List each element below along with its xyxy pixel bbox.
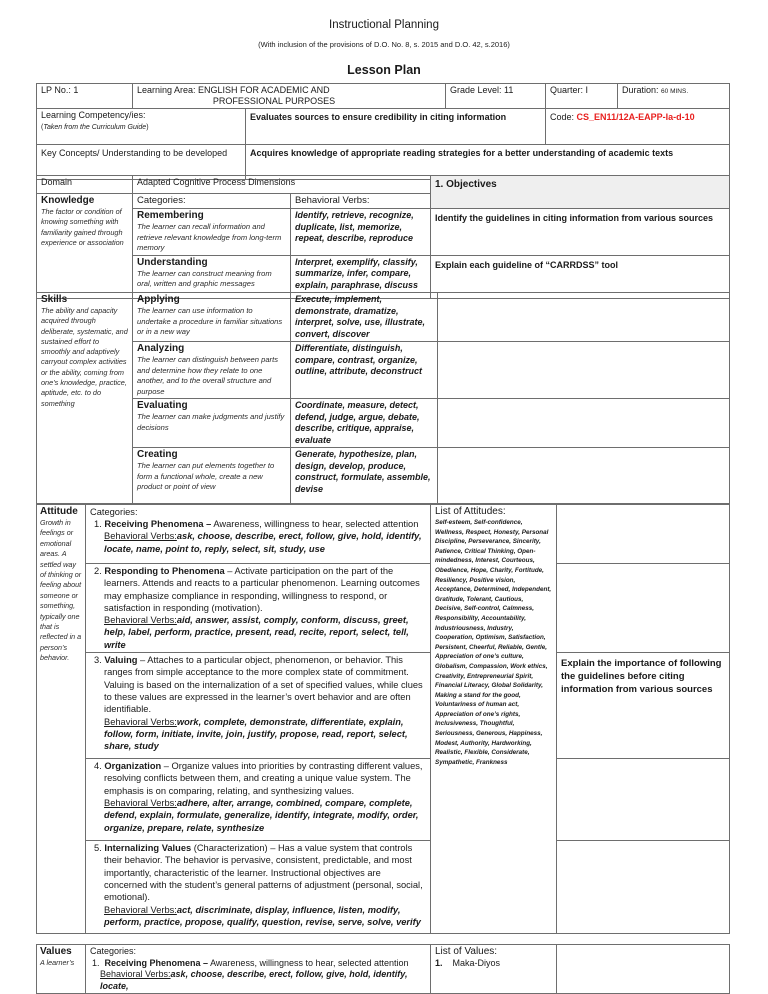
attitude-desc: Growth in feelings or emotional areas. A…	[40, 518, 82, 664]
verbs-remembering: Identify, retrieve, recognize, duplicate…	[291, 209, 431, 256]
attitude-title: Attitude	[40, 506, 82, 518]
objective-creating	[438, 448, 730, 504]
document-title: Instructional Planning	[0, 19, 768, 31]
verbs-applying: Execute, implement, demonstrate, dramati…	[291, 293, 438, 342]
attitude-list-label: List of Attitudes:	[435, 506, 552, 518]
skills-desc: The ability and capacity acquired throug…	[41, 306, 128, 409]
learning-area: Learning Area: ENGLISH FOR ACADEMIC AND …	[133, 84, 446, 109]
attitude-item-2: 2. Responding to Phenomena – Activate pa…	[86, 564, 431, 653]
attitude-domain: Attitude Growth in feelings or emotional…	[37, 505, 86, 934]
competency-text: Evaluates sources to ensure credibility …	[246, 109, 546, 145]
competency-note: (Taken from the Curriculum Guide)	[41, 122, 241, 134]
competency-code-value: CS_EN11/12A-EAPP-Ia-d-10	[577, 112, 695, 122]
attitude-objective-1	[557, 505, 730, 564]
skills-title: Skills	[41, 294, 128, 306]
values-list-label: List of Values:	[435, 946, 552, 958]
attitude-objective-2	[557, 564, 730, 653]
categories-header: Categories:	[133, 194, 291, 209]
duration-value: 60 MINS.	[661, 88, 688, 95]
lesson-plan-header-table: LP No.: 1 Learning Area: ENGLISH FOR ACA…	[36, 83, 730, 180]
values-table: Values A learner’s Categories: 1. Receiv…	[36, 944, 730, 994]
skills-domain: Skills The ability and capacity acquired…	[37, 293, 133, 504]
competency-label-cell: Learning Competency/ies: (Taken from the…	[37, 109, 246, 145]
attitude-item-5: 5. Internalizing Values (Characterizatio…	[86, 841, 431, 934]
attitude-item-4: 4. Organization – Organize values into p…	[86, 759, 431, 841]
attitude-list: Self-esteem, Self-confidence, Wellness, …	[435, 518, 552, 767]
duration: Duration: 60 MINS.	[618, 84, 730, 109]
values-list-cell: List of Values: 1. Maka-Diyos	[431, 945, 557, 994]
attitude-list-cell: List of Attitudes: Self-esteem, Self-con…	[431, 505, 557, 934]
values-desc: A learner’s	[40, 958, 82, 968]
verbs-header: Behavioral Verbs:	[291, 194, 431, 209]
attitude-objective-4	[557, 759, 730, 841]
document-subtitle: (With inclusion of the provisions of D.O…	[0, 40, 768, 49]
category-creating: Creating The learner can put elements to…	[133, 448, 291, 504]
learning-area-line2: PROFESSIONAL PURPOSES	[137, 96, 441, 107]
learning-area-line1: Learning Area: ENGLISH FOR ACADEMIC AND	[137, 85, 441, 96]
values-categories-label: Categories:	[90, 946, 426, 958]
knowledge-domain: Knowledge The factor or condition of kno…	[37, 194, 133, 299]
attitude-categories-label: Categories:	[90, 506, 426, 518]
knowledge-desc: The factor or condition of knowing somet…	[41, 207, 128, 248]
verbs-creating: Generate, hypothesize, plan, design, dev…	[291, 448, 438, 504]
competency-code: Code: CS_EN11/12A-EAPP-Ia-d-10	[546, 109, 730, 145]
values-objective	[557, 945, 730, 994]
duration-label: Duration:	[622, 85, 661, 95]
attitude-item-1: Categories: 1. Receiving Phenomena – Awa…	[86, 505, 431, 564]
dimensions-header: Adapted Cognitive Process Dimensions	[133, 176, 431, 194]
verbs-analyzing: Differentiate, distinguish, compare, con…	[291, 342, 438, 399]
objective-applying	[438, 293, 730, 342]
quarter: Quarter: I	[546, 84, 618, 109]
values-list-item: 1. Maka-Diyos	[435, 958, 552, 970]
grade-level: Grade Level: 11	[446, 84, 546, 109]
values-title: Values	[40, 946, 82, 958]
category-evaluating: Evaluating The learner can make judgment…	[133, 399, 291, 448]
objective-analyzing	[438, 342, 730, 399]
attitude-table: Attitude Growth in feelings or emotional…	[36, 504, 730, 934]
lp-number: LP No.: 1	[37, 84, 133, 109]
category-remembering: Remembering The learner can recall infor…	[133, 209, 291, 256]
skills-table: Skills The ability and capacity acquired…	[36, 292, 730, 504]
values-domain: Values A learner’s	[37, 945, 86, 994]
verbs-evaluating: Coordinate, measure, detect, defend, jud…	[291, 399, 438, 448]
values-categories: Categories: 1. Receiving Phenomena – Awa…	[86, 945, 431, 994]
knowledge-table: Domain Adapted Cognitive Process Dimensi…	[36, 175, 730, 299]
attitude-objective-3: Explain the importance of following the …	[557, 653, 730, 759]
objective-remembering: Identify the guidelines in citing inform…	[431, 209, 730, 256]
lesson-plan-heading: Lesson Plan	[0, 63, 768, 77]
category-applying: Applying The learner can use information…	[133, 293, 291, 342]
knowledge-title: Knowledge	[41, 195, 128, 207]
competency-label: Learning Competency/ies:	[41, 110, 241, 122]
attitude-item-3: 3. Valuing – Attaches to a particular ob…	[86, 653, 431, 759]
objective-evaluating	[438, 399, 730, 448]
objectives-header: 1. Objectives	[431, 176, 730, 209]
category-analyzing: Analyzing The learner can distinguish be…	[133, 342, 291, 399]
domain-header: Domain	[37, 176, 133, 194]
attitude-objective-5	[557, 841, 730, 934]
